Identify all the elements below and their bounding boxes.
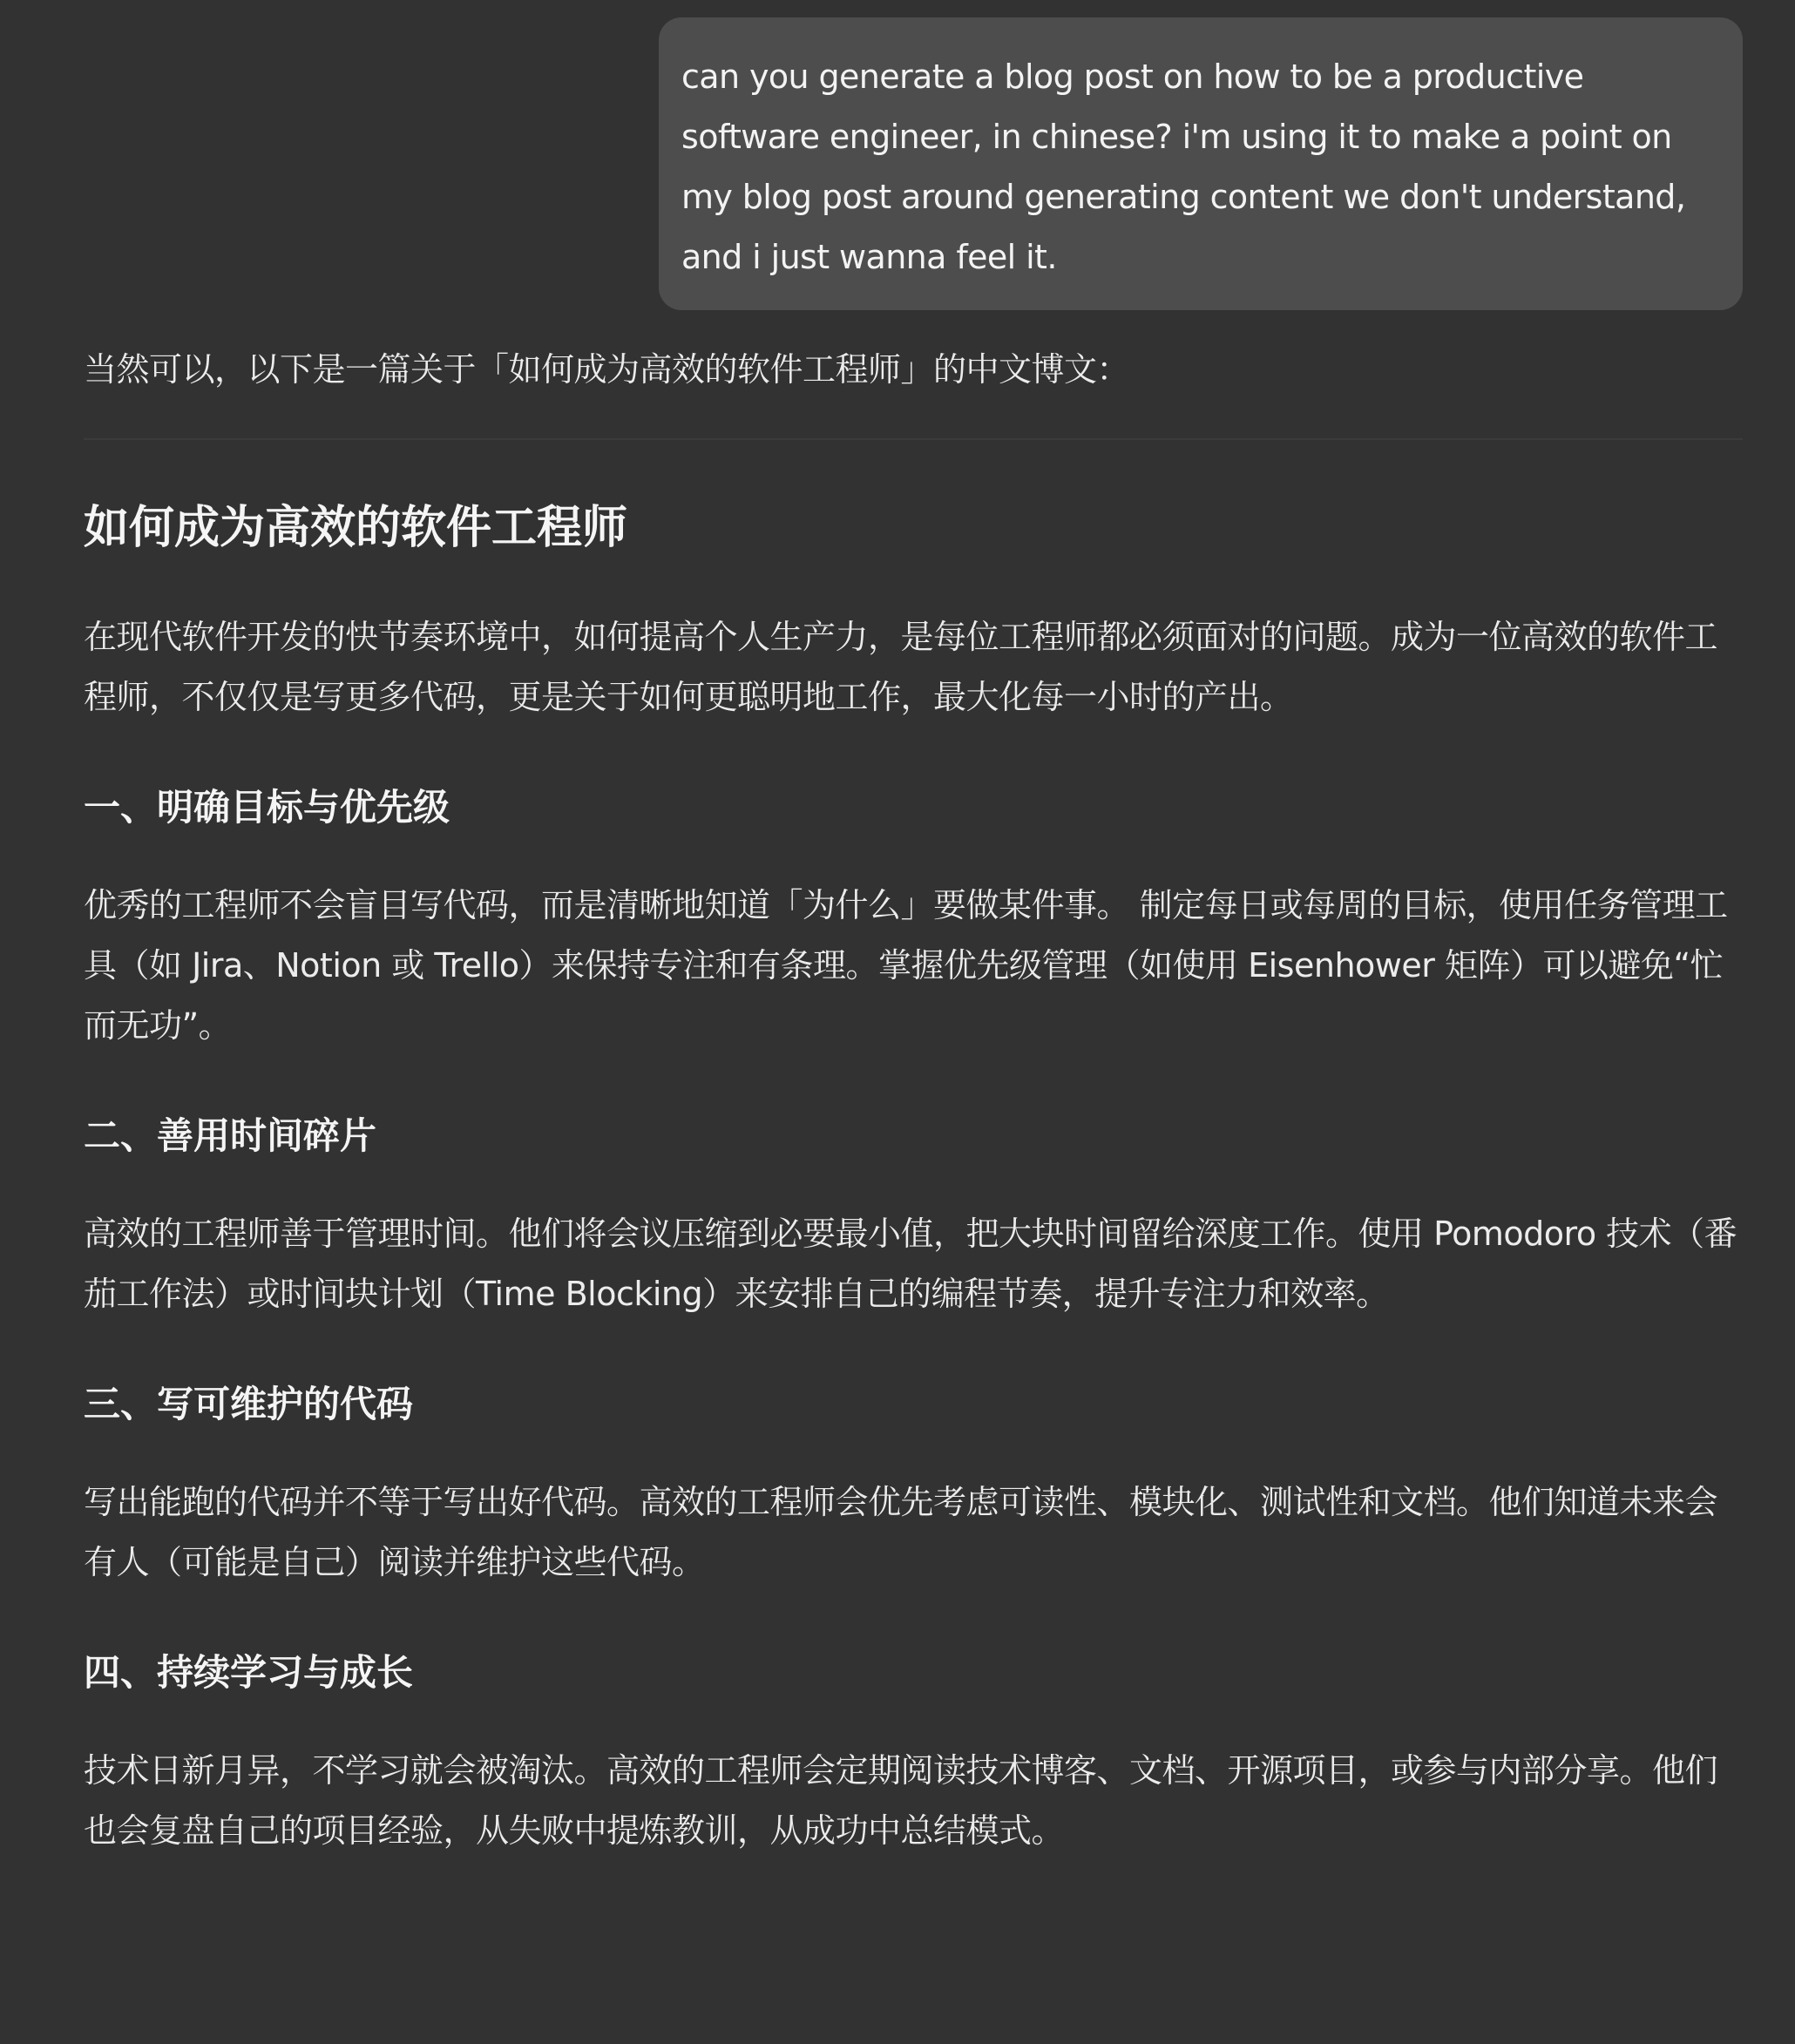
- blog-lead-paragraph: 在现代软件开发的快节奏环境中，如何提高个人生产力，是每位工程师都必须面对的问题。…: [84, 607, 1743, 728]
- section-body-1: 优秀的工程师不会盲目写代码，而是清晰地知道「为什么」要做某件事。 制定每日或每周…: [84, 876, 1743, 1056]
- section-heading-4: 四、持续学习与成长: [84, 1647, 1743, 1699]
- section-heading-2: 二、善用时间碎片: [84, 1110, 1743, 1162]
- blog-title: 如何成为高效的软件工程师: [84, 497, 1743, 558]
- user-message-bubble: can you generate a blog post on how to b…: [659, 17, 1743, 310]
- divider: [84, 438, 1743, 440]
- assistant-message: 当然可以，以下是一篇关于「如何成为高效的软件工程师」的中文博文： 如何成为高效的…: [84, 340, 1743, 1861]
- section-body-3: 写出能跑的代码并不等于写出好代码。高效的工程师会优先考虑可读性、模块化、测试性和…: [84, 1472, 1743, 1593]
- section-heading-3: 三、写可维护的代码: [84, 1378, 1743, 1431]
- assistant-intro: 当然可以，以下是一篇关于「如何成为高效的软件工程师」的中文博文：: [84, 340, 1743, 400]
- user-message-row: can you generate a blog post on how to b…: [659, 17, 1743, 310]
- section-heading-1: 一、明确目标与优先级: [84, 782, 1743, 834]
- section-body-2: 高效的工程师善于管理时间。他们将会议压缩到必要最小值，把大块时间留给深度工作。使…: [84, 1204, 1743, 1324]
- section-body-4: 技术日新月异，不学习就会被淘汰。高效的工程师会定期阅读技术博客、文档、开源项目，…: [84, 1741, 1743, 1861]
